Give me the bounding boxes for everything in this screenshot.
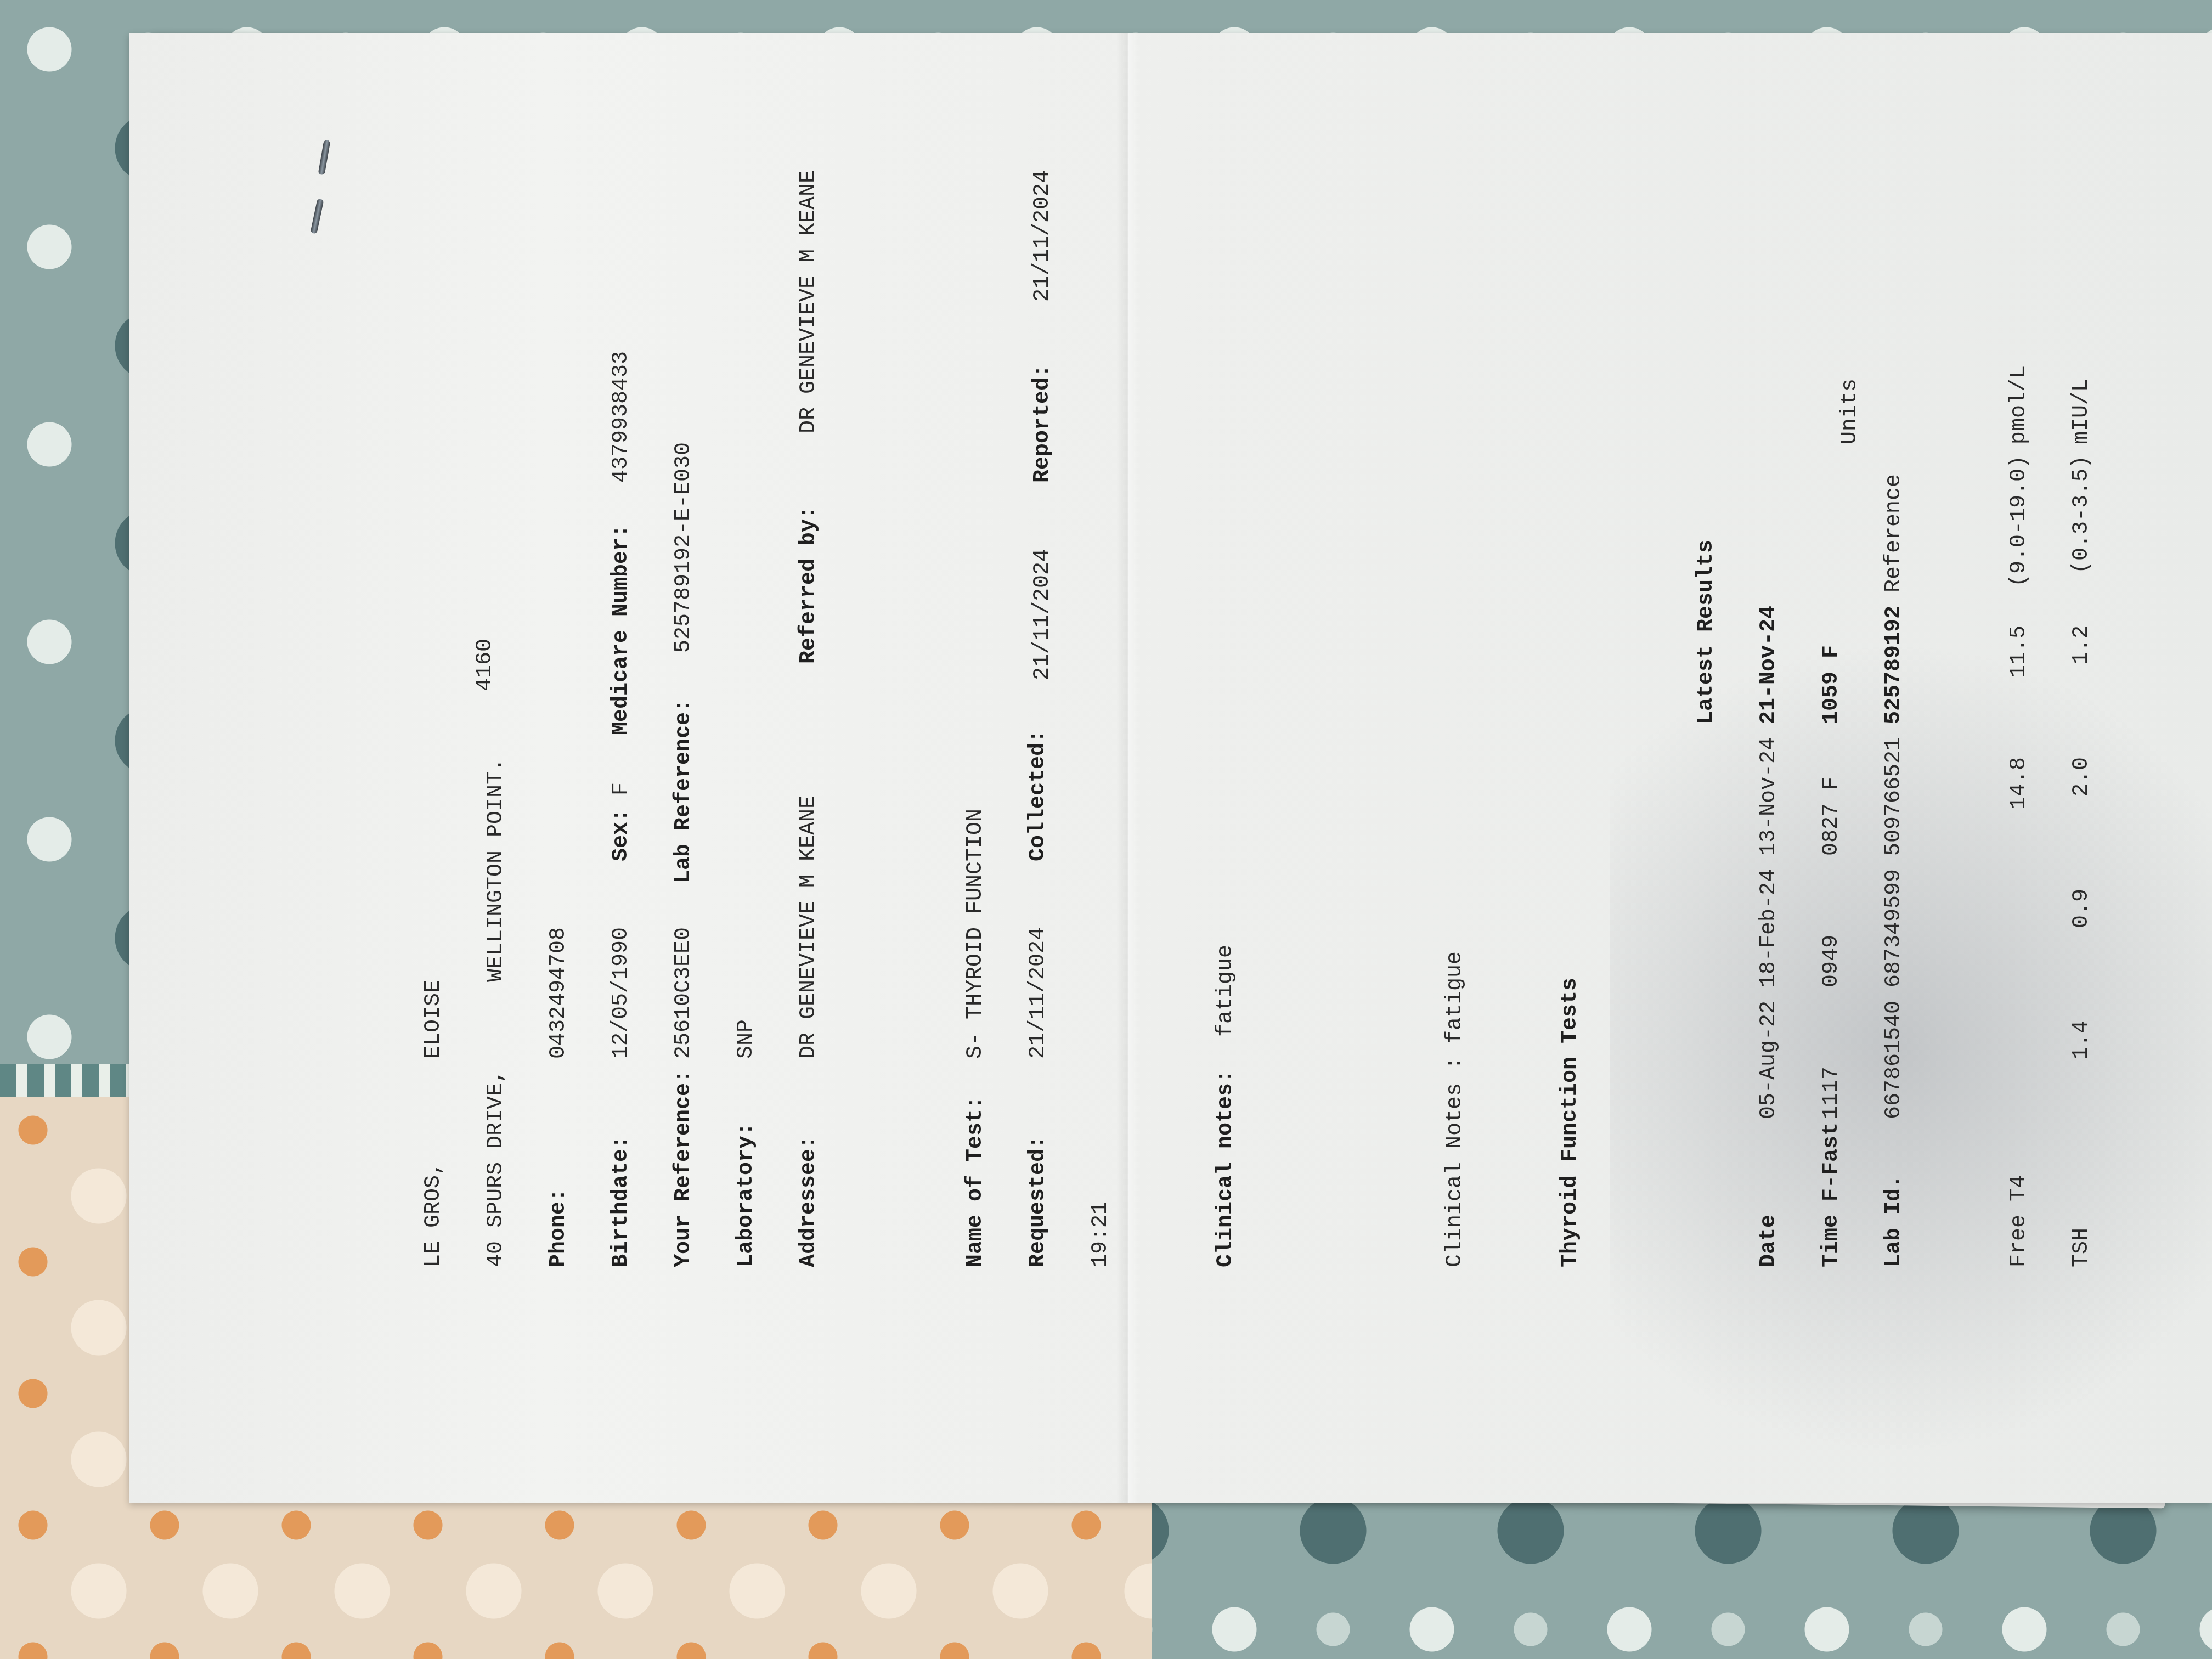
section-title: Thyroid Function Tests: [1560, 60, 1581, 1267]
date-row-label: Date: [1759, 1119, 1780, 1267]
latest-results-label: Latest Results: [1696, 592, 1717, 724]
phone-label: Phone:: [549, 1059, 569, 1267]
medicare-value: 4379938433: [609, 351, 634, 483]
analyte-value: 1.4: [2072, 988, 2092, 1119]
result-date: 05-Aug-22: [1759, 988, 1780, 1119]
result-time-latest: 1059 F: [1821, 592, 1842, 724]
patient-given-name: ELOISE: [421, 980, 446, 1059]
result-lab-id: 667861540: [1884, 988, 1905, 1119]
birthdate-value: 12/05/1990: [611, 861, 632, 1059]
analyte-row-tsh: TSH 1.4 0.9 2.0 1.2 (0.3-3.5) mIU/L: [2072, 60, 2092, 1267]
birthdate-line: Birthdate:12/05/1990Sex:FMedicare Number…: [611, 60, 632, 1267]
time-row-label: Time F-Fast: [1821, 1119, 1842, 1267]
staple-icon: [310, 198, 324, 234]
reference-header: Reference: [1884, 444, 1905, 592]
analyte-row-free-t4: Free T4 14.8 11.5 (9.0-19.0) pmol/L: [2009, 60, 2030, 1267]
results-time-row: Time F-Fast 1117 0949 0827 F 1059 F: [1821, 60, 1842, 1267]
labid-row-label: Lab Id.: [1884, 1119, 1905, 1267]
medicare-label: Medicare Number:: [611, 483, 632, 735]
phone-line: Phone:0432494708: [549, 60, 569, 1267]
collected-date: 21/11/2024: [1032, 483, 1053, 680]
patient-postcode: 4160: [473, 639, 498, 691]
sex-label: Sex:: [611, 795, 632, 861]
analyte-reference: (9.0-19.0): [2009, 444, 2030, 592]
name-of-test-label: Name of Test:: [966, 1059, 986, 1267]
patient-suburb: WELLINGTON POINT.: [486, 691, 507, 982]
addressee-label: Addressee:: [799, 1059, 820, 1267]
analyte-value-latest: 11.5: [2009, 592, 2030, 724]
requested-time: 19:21: [1091, 60, 1111, 1267]
analyte-value: 2.0: [2072, 724, 2092, 856]
patient-surname: LE GROS,: [424, 1059, 444, 1267]
result-date: 13-Nov-24: [1759, 724, 1780, 856]
analyte-value: 14.8: [2009, 724, 2030, 856]
addressee-value: DR GENEVIEVE M KEANE: [799, 664, 820, 1059]
lab-reference-label: Lab Reference:: [674, 653, 695, 883]
phone-value: 0432494708: [546, 927, 571, 1059]
result-time: 1117: [1821, 988, 1842, 1119]
addressee-line: Addressee:DR GENEVIEVE M KEANEReferred b…: [799, 60, 820, 1267]
analyte-units: mIU/L: [2072, 357, 2092, 444]
staple-icon: [318, 139, 331, 175]
requested-line: Requested:21/11/2024Collected:21/11/2024…: [1028, 60, 1049, 1267]
laboratory-value: SNP: [734, 1019, 759, 1059]
result-date: 18-Feb-24: [1759, 856, 1780, 988]
clinical-notes-value: fatigue: [1214, 945, 1238, 1037]
analyte-value: [2009, 856, 2030, 988]
result-time: 0949: [1821, 856, 1842, 988]
collected-label: Collected:: [1028, 680, 1049, 861]
requested-date: 21/11/2024: [1028, 861, 1049, 1059]
analyte-value: [2009, 988, 2030, 1119]
requested-label: Requested:: [1028, 1059, 1049, 1267]
sex-value: F: [611, 735, 632, 795]
analyte-name: TSH: [2072, 1119, 2092, 1267]
your-reference-line: Your Reference:25610C3EE0Lab Reference:5…: [674, 60, 695, 1267]
clinical-notes-label: Clinical notes:: [1216, 1037, 1237, 1267]
result-date-latest: 21-Nov-24: [1759, 592, 1780, 724]
laboratory-label: Laboratory:: [736, 1059, 757, 1267]
patient-address-line: 40 SPURS DRIVE,WELLINGTON POINT.4160: [486, 60, 507, 1267]
reported-date: 21/11/2024: [1030, 170, 1055, 302]
latest-results-header: Latest Results: [1696, 60, 1717, 1267]
lab-reference-value: 525789192-E-E030: [672, 442, 696, 653]
result-lab-id: 509766521: [1884, 724, 1905, 856]
results-labid-row: Lab Id. 667861540 687349599 509766521 52…: [1884, 60, 1905, 1267]
report-clinical-notes: Clinical Notes : fatigue: [1445, 60, 1466, 1267]
referred-by-value: DR GENEVIEVE M KEANE: [797, 170, 821, 433]
analyte-value-latest: 1.2: [2072, 592, 2092, 724]
analyte-reference: (0.3-3.5): [2072, 444, 2092, 592]
report-content: LE GROS,ELOISE 40 SPURS DRIVE,WELLINGTON…: [340, 60, 1273, 1267]
referred-by-label: Referred by:: [799, 433, 820, 664]
analyte-units: pmol/L: [2009, 357, 2030, 444]
patient-name-line: LE GROS,ELOISE: [424, 60, 444, 1267]
results-date-row: Date 05-Aug-22 18-Feb-24 13-Nov-24 21-No…: [1759, 60, 1780, 1267]
laboratory-line: Laboratory:SNP: [736, 60, 757, 1267]
units-header: Units: [1840, 357, 1861, 444]
result-lab-id: 687349599: [1884, 856, 1905, 988]
analyte-value: 0.9: [2072, 856, 2092, 988]
birthdate-label: Birthdate:: [611, 1059, 632, 1267]
reported-label: Reported:: [1032, 302, 1053, 483]
result-time: 0827 F: [1821, 724, 1842, 856]
your-reference-value: 25610C3EE0: [674, 883, 695, 1059]
clinical-notes-line: Clinical notes:fatigue: [1216, 60, 1237, 1267]
name-of-test-line: Name of Test:S- THYROID FUNCTION: [966, 60, 986, 1267]
your-reference-label: Your Reference:: [674, 1059, 695, 1267]
result-lab-id-latest: 525789192: [1884, 592, 1905, 724]
analyte-name: Free T4: [2009, 1119, 2030, 1267]
patient-address: 40 SPURS DRIVE,: [486, 982, 507, 1267]
name-of-test-value: S- THYROID FUNCTION: [963, 809, 988, 1059]
